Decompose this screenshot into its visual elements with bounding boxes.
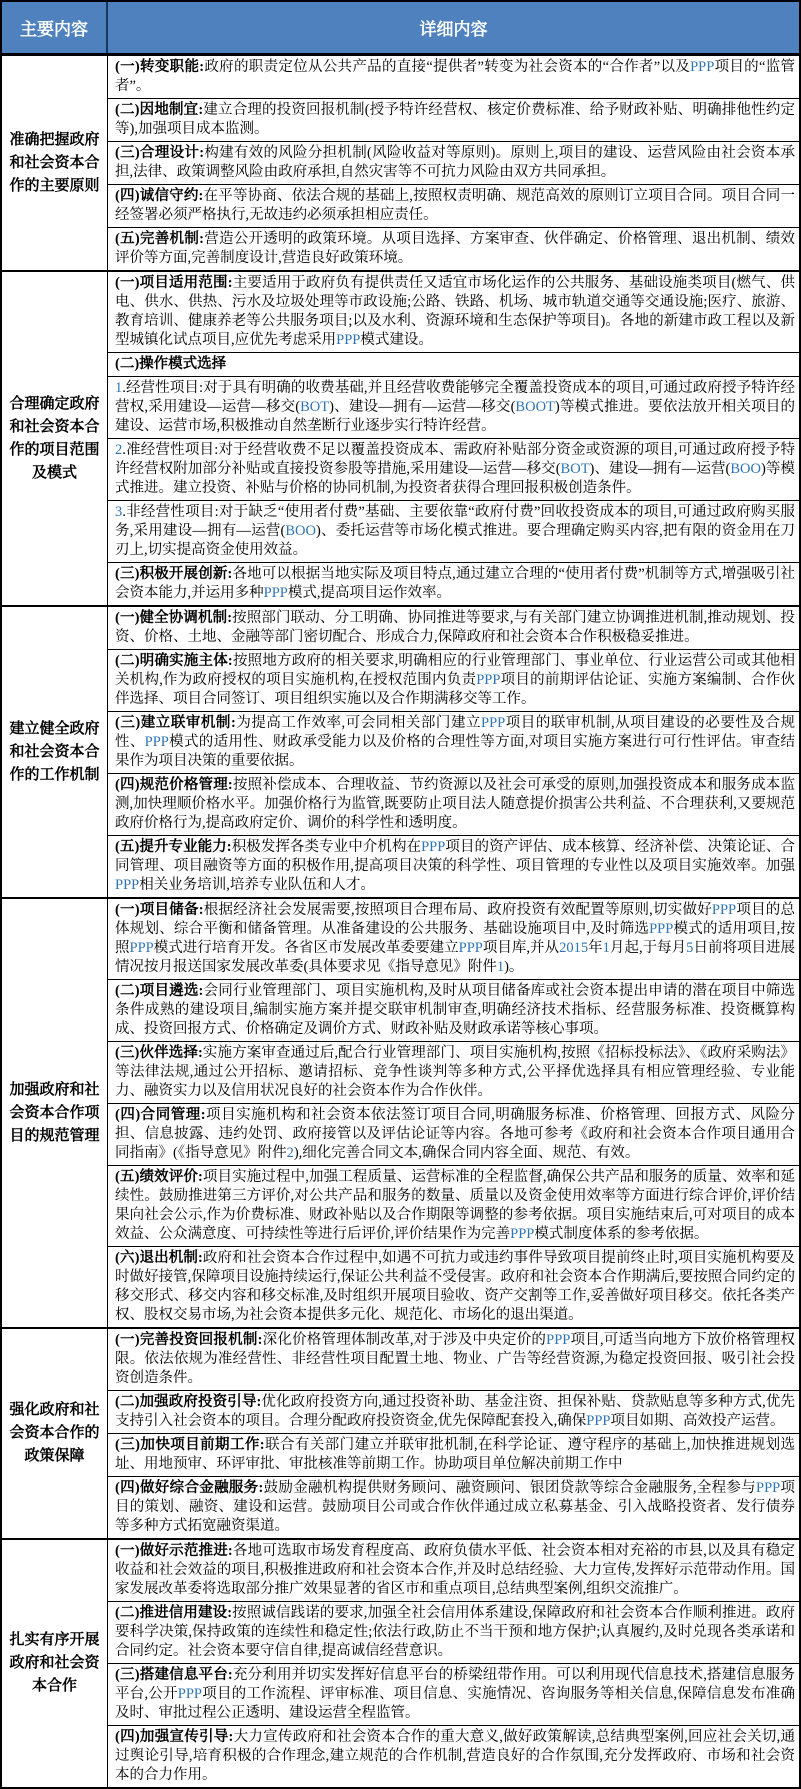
section-policy-support: 强化政府和社会资本合作的政策保障 (一)完善投资回报机制:深化价格管理体制改革,… (2, 1327, 799, 1538)
detail-row-title: (六)退出机制: (115, 1250, 203, 1266)
detail-row: (三)建立联审机制:为提高工作效率,可会同相关部门建立PPP项目的联审机制,从项… (108, 711, 799, 773)
detail-row-text: 根据经济社会发展需要,按照项目合理布局、政府投资有效配置等原则,切实做好PPP项… (115, 902, 795, 975)
detail-row: 1.经营性项目:对于具有明确的收费基础,并且经营收费能够完全覆盖投资成本的项目,… (108, 376, 799, 438)
detail-row-title: (三)伙伴选择: (115, 1045, 203, 1061)
detail-row-title: (一)做好示范推进: (115, 1543, 233, 1559)
detail-row-title: (三)搭建信息平台: (115, 1667, 233, 1683)
detail-row: (三)加快项目前期工作:联合有关部门建立并联审批机制,在科学论证、遵守程序的基础… (108, 1433, 799, 1476)
detail-row-text: 会同行业管理部门、项目实施机构,及时从项目储备库或社会资本提出申请的潜在项目中筛… (115, 983, 795, 1037)
detail-row: (一)转变职能:政府的职责定位从公共产品的直接“提供者”转变为社会资本的“合作者… (108, 56, 799, 98)
detail-row-title: (三)积极开展创新: (115, 566, 232, 582)
detail-row: (四)做好综合金融服务:鼓励金融机构提供财务顾问、融资顾问、银团贷款等综合金融服… (108, 1476, 799, 1538)
detail-row-title: (三)合理设计: (115, 145, 204, 161)
detail-row-text: 项目实施机构和社会资本依法签订项目合同,明确服务标准、价格管理、回报方式、风险分… (115, 1107, 795, 1161)
section-scope-and-modes: 合理确定政府和社会资本合作的项目范围及模式 (一)项目适用范围:主要适用于政府负… (2, 270, 799, 605)
detail-row-title: 2.准经营性项目: (115, 442, 218, 458)
detail-row-title: (四)规范价格管理: (115, 777, 233, 793)
detail-row-title: (一)转变职能: (115, 59, 204, 75)
section-detail-rows: (一)健全协调机制:按照部门联动、分工明确、协同推进等要求,与有关部门建立协调推… (108, 607, 799, 897)
detail-row: (三)搭建信息平台:充分利用并切实发挥好信息平台的桥梁纽带作用。可以利用现代信息… (108, 1663, 799, 1725)
detail-row: (二)因地制宜:建立合理的投资回报机制(授予特许经营权、核定价费标准、给予财政补… (108, 98, 799, 141)
section-detail-rows: (一)项目储备:根据经济社会发展需要,按照项目合理布局、政府投资有效配置等原则,… (108, 899, 799, 1327)
detail-row-title: (四)做好综合金融服务: (115, 1480, 263, 1496)
detail-row-title: (二)项目遴选: (115, 983, 203, 999)
detail-row: (二)加强政府投资引导:优化政府投资方向,通过投资补助、基金注资、担保补贴、贷款… (108, 1390, 799, 1433)
detail-row-text: 建立合理的投资回报机制(授予特许经营权、核定价费标准、给予财政补贴、明确排他性约… (115, 102, 795, 137)
section-orderly-implementation: 扎实有序开展政府和社会资本合作 (一)做好示范推进:各地可选取市场发育程度高、政… (2, 1538, 799, 1787)
detail-row: (五)提升专业能力:积极发挥各类专业中介机构在PPP项目的资产评估、成本核算、经… (108, 835, 799, 897)
detail-row: (三)合理设计:构建有效的风险分担机制(风险收益对等原则)。原则上,项目的建设、… (108, 141, 799, 184)
detail-row-title: (四)加强宣传引导: (115, 1729, 233, 1745)
detail-row: (四)加强宣传引导:大力宣传政府和社会资本合作的重大意义,做好政策解读,总结典型… (108, 1725, 799, 1787)
detail-row-text: 对于具有明确的收费基础,并且经营收费能够完全覆盖投资成本的项目,可通过政府授予特… (115, 380, 795, 434)
section-detail-rows: (一)完善投资回报机制:深化价格管理体制改革,对于涉及中央定价的PPP项目,可适… (108, 1329, 799, 1538)
detail-row: (二)操作模式选择 (108, 352, 799, 376)
detail-row: (一)项目储备:根据经济社会发展需要,按照项目合理布局、政府投资有效配置等原则,… (108, 899, 799, 979)
detail-row: (二)项目遴选:会同行业管理部门、项目实施机构,及时从项目储备库或社会资本提出申… (108, 979, 799, 1041)
detail-row: (四)合同管理:项目实施机构和社会资本依法签订项目合同,明确服务标准、价格管理、… (108, 1103, 799, 1165)
detail-row: (二)推进信用建设:按照诚信践诺的要求,加强全社会信用体系建设,保障政府和社会资… (108, 1601, 799, 1663)
detail-row-title: (三)建立联审机制: (115, 715, 236, 731)
detail-row-text: 营造公开透明的政策环境。从项目选择、方案审查、伙伴确定、价格管理、退出机制、绩效… (115, 231, 795, 266)
detail-row-title: (四)合同管理: (115, 1107, 206, 1123)
detail-row-title: (一)完善投资回报机制: (115, 1332, 262, 1348)
detail-row-text: 构建有效的风险分担机制(风险收益对等原则)。原则上,项目的建设、运营风险由社会资… (115, 145, 795, 180)
detail-row: (四)诚信守约:在平等协商、依法合规的基础上,按照权责明确、规范高效的原则订立项… (108, 184, 799, 227)
detail-row-text: 项目实施过程中,加强工程质量、运营标准的全程监督,确保公共产品和服务的质量、效率… (115, 1169, 795, 1242)
detail-row-text: 政府和社会资本合作过程中,如遇不可抗力或违约事件导致项目提前终止时,项目实施机构… (115, 1250, 795, 1323)
detail-row: (二)明确实施主体:按照地方政府的相关要求,明确相应的行业管理部门、事业单位、行… (108, 649, 799, 711)
header-cell-main-content: 主要内容 (2, 2, 108, 53)
detail-row-title: 3.非经营性项目: (115, 504, 219, 520)
detail-row-title: (二)操作模式选择 (115, 356, 226, 372)
detail-row: (五)绩效评价:项目实施过程中,加强工程质量、运营标准的全程监督,确保公共产品和… (108, 1165, 799, 1246)
section-standard-management: 加强政府和社会资本合作项目的规范管理 (一)项目储备:根据经济社会发展需要,按照… (2, 897, 799, 1327)
section-detail-rows: (一)项目适用范围:主要适用于政府负有提供责任又适宜市场化运作的公共服务、基础设… (108, 272, 799, 605)
detail-row: (一)完善投资回报机制:深化价格管理体制改革,对于涉及中央定价的PPP项目,可适… (108, 1329, 799, 1390)
detail-row: (一)做好示范推进:各地可选取市场发育程度高、政府负债水平低、社会资本相对充裕的… (108, 1540, 799, 1601)
detail-row-title: (一)项目适用范围: (115, 275, 233, 291)
detail-row-title: (一)项目储备: (115, 902, 204, 918)
section-main-principles: 准确把握政府和社会资本合作的主要原则 (一)转变职能:政府的职责定位从公共产品的… (2, 56, 799, 270)
detail-row-text: 在平等协商、依法合规的基础上,按照权责明确、规范高效的原则订立项目合同。项目合同… (115, 188, 795, 223)
detail-row-title: (一)健全协调机制: (115, 610, 232, 626)
detail-row: (四)规范价格管理:按照补偿成本、合理收益、节约资源以及社会可承受的原则,加强投… (108, 773, 799, 835)
section-label: 强化政府和社会资本合作的政策保障 (2, 1329, 108, 1538)
section-label: 扎实有序开展政府和社会资本合作 (2, 1540, 108, 1787)
ppp-policy-table: 主要内容 详细内容 准确把握政府和社会资本合作的主要原则 (一)转变职能:政府的… (0, 0, 801, 1789)
section-label: 建立健全政府和社会资本合作的工作机制 (2, 607, 108, 897)
detail-row: (三)积极开展创新:各地可以根据当地实际及项目特点,通过建立合理的“使用者付费”… (108, 562, 799, 605)
detail-row: (一)项目适用范围:主要适用于政府负有提供责任又适宜市场化运作的公共服务、基础设… (108, 272, 799, 352)
detail-row-title: 1.经营性项目: (115, 380, 203, 396)
section-label: 准确把握政府和社会资本合作的主要原则 (2, 56, 108, 270)
detail-row: 2.准经营性项目:对于经营收费不足以覆盖投资成本、需政府补贴部分资金或资源的项目… (108, 438, 799, 500)
detail-row-title: (四)诚信守约: (115, 188, 203, 204)
header-cell-detail-content: 详细内容 (108, 2, 799, 53)
detail-row: 3.非经营性项目:对于缺乏“使用者付费”基础、主要依靠“政府付费”回收投资成本的… (108, 500, 799, 562)
detail-row-title: (二)明确实施主体: (115, 653, 233, 669)
table-header-row: 主要内容 详细内容 (2, 2, 799, 56)
detail-row: (六)退出机制:政府和社会资本合作过程中,如遇不可抗力或违约事件导致项目提前终止… (108, 1246, 799, 1327)
section-detail-rows: (一)转变职能:政府的职责定位从公共产品的直接“提供者”转变为社会资本的“合作者… (108, 56, 799, 270)
detail-row-title: (二)推进信用建设: (115, 1605, 232, 1621)
detail-row: (五)完善机制:营造公开透明的政策环境。从项目选择、方案审查、伙伴确定、价格管理… (108, 227, 799, 270)
section-label: 合理确定政府和社会资本合作的项目范围及模式 (2, 272, 108, 605)
detail-row-title: (五)完善机制: (115, 231, 204, 247)
detail-row-text: 政府的职责定位从公共产品的直接“提供者”转变为社会资本的“合作者”以及PPP项目… (115, 59, 795, 94)
section-detail-rows: (一)做好示范推进:各地可选取市场发育程度高、政府负债水平低、社会资本相对充裕的… (108, 1540, 799, 1787)
detail-row-title: (二)加强政府投资引导: (115, 1394, 261, 1410)
section-label: 加强政府和社会资本合作项目的规范管理 (2, 899, 108, 1327)
detail-row-title: (五)提升专业能力: (115, 839, 232, 855)
detail-row: (一)健全协调机制:按照部门联动、分工明确、协同推进等要求,与有关部门建立协调推… (108, 607, 799, 649)
detail-row-title: (二)因地制宜: (115, 102, 203, 118)
detail-row: (三)伙伴选择:实施方案审查通过后,配合行业管理部门、项目实施机构,按照《招标投… (108, 1041, 799, 1103)
detail-row-text: 实施方案审查通过后,配合行业管理部门、项目实施机构,按照《招标投标法》、《政府采… (115, 1045, 795, 1099)
detail-row-title: (五)绩效评价: (115, 1169, 203, 1185)
detail-row-title: (三)加快项目前期工作: (115, 1437, 265, 1453)
section-working-mechanism: 建立健全政府和社会资本合作的工作机制 (一)健全协调机制:按照部门联动、分工明确… (2, 605, 799, 897)
